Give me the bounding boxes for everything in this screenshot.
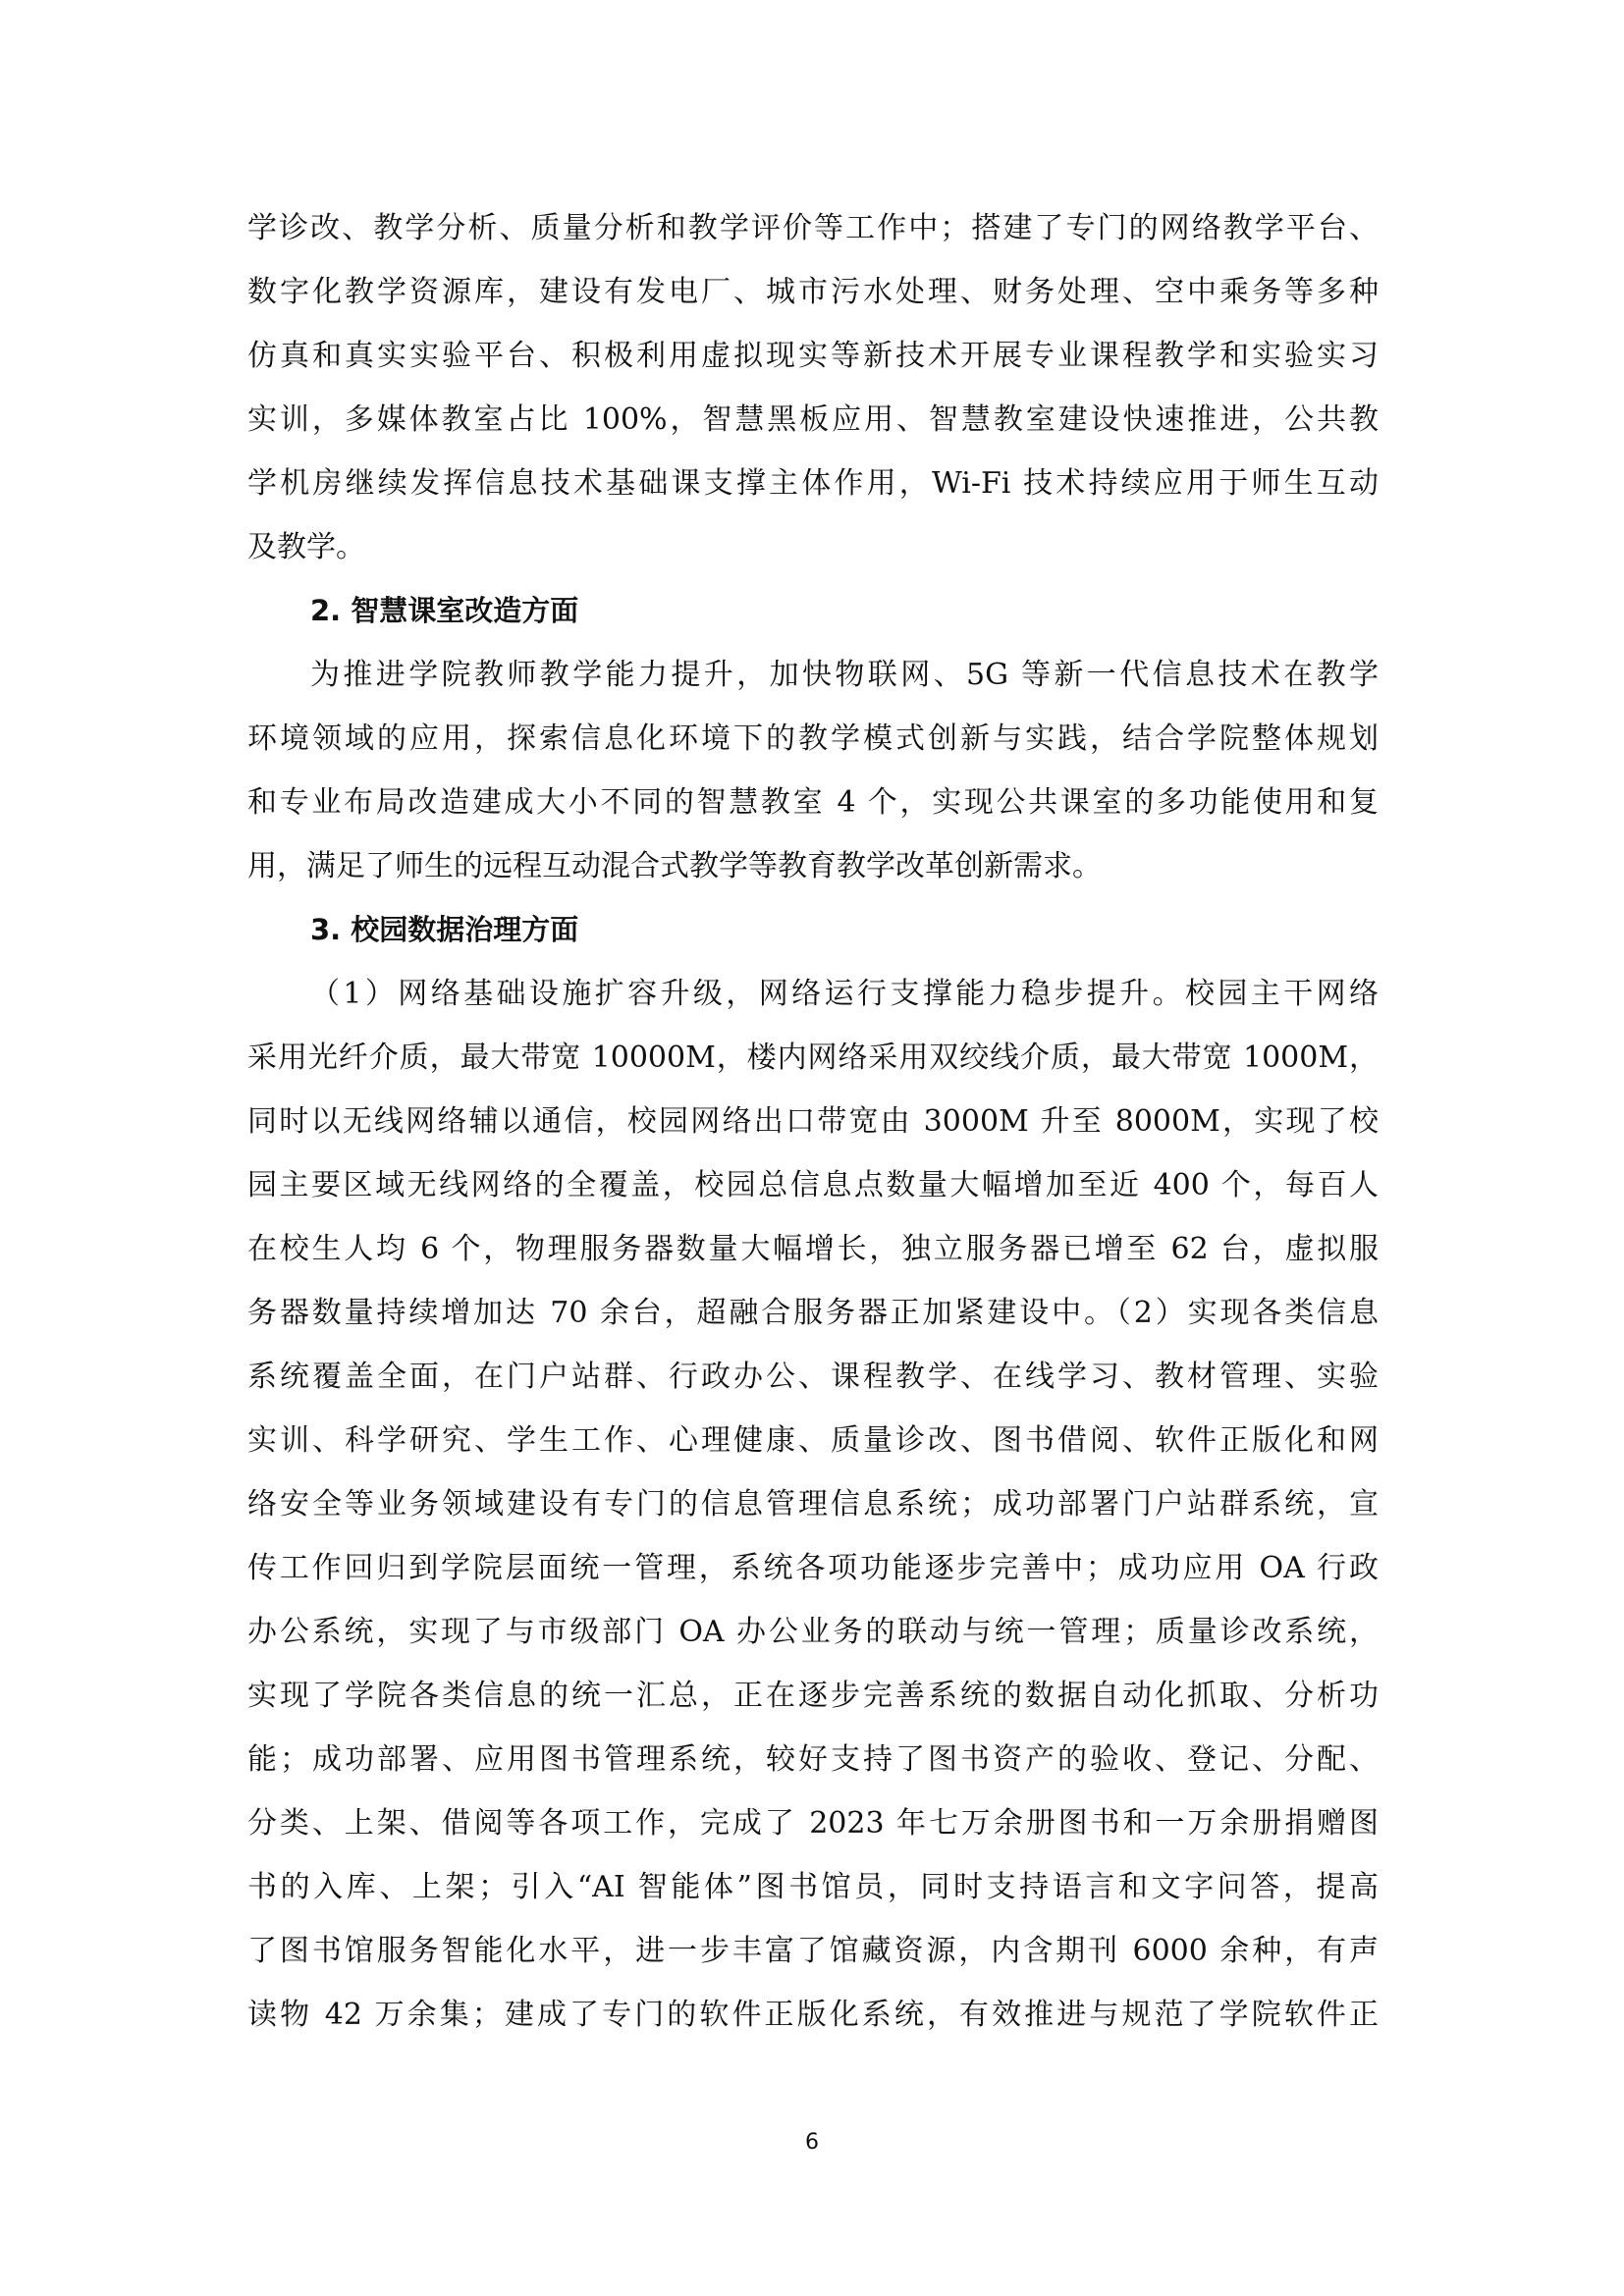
document-page: 学诊改、教学分析、质量分析和教学评价等工作中；搭建了专门的网络教学平台、 数字化… [247, 196, 1379, 2047]
text-line: 园主要区域无线网络的全覆盖，校园总信息点数量大幅增加至近 400 个，每百人 [247, 1153, 1379, 1217]
text-line: 学诊改、教学分析、质量分析和教学评价等工作中；搭建了专门的网络教学平台、 [247, 196, 1379, 260]
text-line: 学机房继续发挥信息技术基础课支撑主体作用，Wi-Fi 技术持续应用于师生互动 [247, 452, 1379, 515]
paragraph-smart-classroom: 为推进学院教师教学能力提升，加快物联网、5G 等新一代信息技术在教学 环境领域的… [247, 643, 1379, 898]
text-line: （1）网络基础设施扩容升级，网络运行支撑能力稳步提升。校园主干网络 [247, 962, 1379, 1026]
text-line: 系统覆盖全面，在门户站群、行政办公、课程教学、在线学习、教材管理、实验 [247, 1345, 1379, 1409]
text-line: 及教学。 [247, 515, 1379, 579]
text-line: 数字化教学资源库，建设有发电厂、城市污水处理、财务处理、空中乘务等多种 [247, 260, 1379, 324]
text-line: 为推进学院教师教学能力提升，加快物联网、5G 等新一代信息技术在教学 [247, 643, 1379, 707]
paragraph-teaching-platforms: 学诊改、教学分析、质量分析和教学评价等工作中；搭建了专门的网络教学平台、 数字化… [247, 196, 1379, 579]
text-line: 在校生人均 6 个，物理服务器数量大幅增长，独立服务器已增至 62 台，虚拟服 [247, 1217, 1379, 1281]
text-line: 了图书馆服务智能化水平，进一步丰富了馆藏资源，内含期刊 6000 余种，有声 [247, 1919, 1379, 1983]
text-line: 和专业布局改造建成大小不同的智慧教室 4 个，实现公共课室的多功能使用和复 [247, 771, 1379, 834]
text-line: 能；成功部署、应用图书管理系统，较好支持了图书资产的验收、登记、分配、 [247, 1728, 1379, 1791]
text-line: 实现了学院各类信息的统一汇总，正在逐步完善系统的数据自动化抓取、分析功 [247, 1664, 1379, 1728]
page-number: 6 [0, 2130, 1624, 2155]
section-heading-smart-classroom: 2. 智慧课室改造方面 [247, 579, 1379, 643]
text-line: 传工作回归到学院层面统一管理，系统各项功能逐步完善中；成功应用 OA 行政 [247, 1536, 1379, 1600]
text-line: 实训，多媒体教室占比 100%，智慧黑板应用、智慧教室建设快速推进，公共教 [247, 388, 1379, 452]
text-line: 读物 42 万余集；建成了专门的软件正版化系统，有效推进与规范了学院软件正 [247, 1983, 1379, 2047]
text-line: 络安全等业务领域建设有专门的信息管理信息系统；成功部署门户站群系统，宣 [247, 1472, 1379, 1536]
text-line: 采用光纤介质，最大带宽 10000M，楼内网络采用双绞线介质，最大带宽 1000… [247, 1026, 1379, 1090]
text-line: 书的入库、上架；引入“AI 智能体”图书馆员，同时支持语言和文字问答，提高 [247, 1855, 1379, 1919]
text-line: 环境领域的应用，探索信息化环境下的教学模式创新与实践，结合学院整体规划 [247, 707, 1379, 771]
text-line: 分类、上架、借阅等各项工作，完成了 2023 年七万余册图书和一万余册捐赠图 [247, 1791, 1379, 1855]
text-line: 办公系统，实现了与市级部门 OA 办公业务的联动与统一管理；质量诊改系统， [247, 1600, 1379, 1664]
section-heading-data-governance: 3. 校园数据治理方面 [247, 898, 1379, 962]
paragraph-data-governance: （1）网络基础设施扩容升级，网络运行支撑能力稳步提升。校园主干网络 采用光纤介质… [247, 962, 1379, 2047]
text-line: 仿真和真实实验平台、积极利用虚拟现实等新技术开展专业课程教学和实验实习 [247, 324, 1379, 388]
text-line: 同时以无线网络辅以通信，校园网络出口带宽由 3000M 升至 8000M，实现了… [247, 1090, 1379, 1153]
text-line: 用，满足了师生的远程互动混合式教学等教育教学改革创新需求。 [247, 834, 1379, 898]
text-line: 务器数量持续增加达 70 余台，超融合服务器正加紧建设中。（2）实现各类信息 [247, 1281, 1379, 1345]
text-line: 实训、科学研究、学生工作、心理健康、质量诊改、图书借阅、软件正版化和网 [247, 1409, 1379, 1472]
